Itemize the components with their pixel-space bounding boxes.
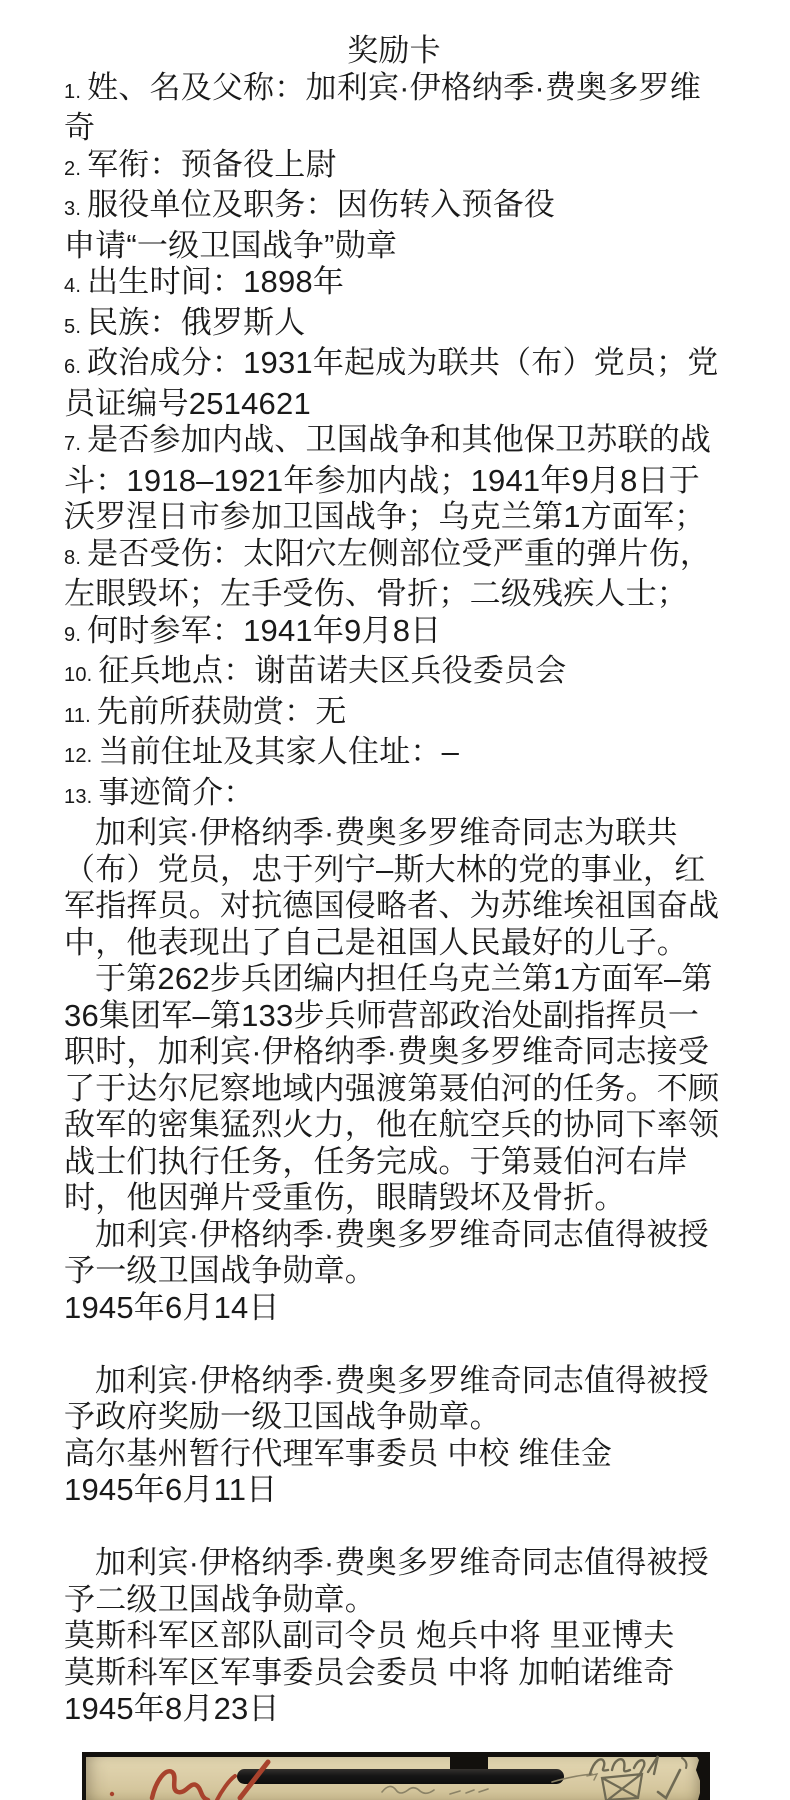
field-campaigns: 7.是否参加内战、卫国战争和其他保卫苏联的战斗：1918–1921年参加内战；1… (64, 422, 724, 536)
field-prior-awards: 11.先前所获勋赏：无 (64, 694, 724, 735)
field-enlist-place: 10.征兵地点：谢苗诺夫区兵役委员会 (64, 653, 724, 694)
field-wounds: 8.是否受伤：太阳穴左侧部位受严重的弹片伤，左眼毁坏；左手受伤、骨折；二级残疾人… (64, 536, 724, 613)
field-address: 12.当前住址及其家人住址：– (64, 734, 724, 775)
verdict-block-1: 加利宾·伊格纳季·费奥多罗维奇同志值得被授予一级卫国战争勋章。 1945年6月1… (64, 1217, 724, 1327)
field-text: 是否受伤：太阳穴左侧部位受严重的弹片伤，左眼毁坏；左手受伤、骨折；二级残疾人士； (64, 536, 711, 612)
verdict-block-3: 加利宾·伊格纳季·费奥多罗维奇同志值得被授予二级卫国战争勋章。 莫斯科军区部队副… (64, 1545, 724, 1728)
field-text: 军衔：预备役上尉 (87, 147, 337, 182)
field-party: 6.政治成分：1931年起成为联共（布）党员；党员证编号2514621 (64, 345, 724, 422)
field-citation-label: 13.事迹简介： (64, 775, 724, 816)
pencil-number-handwriting (590, 1756, 687, 1800)
story-paragraph: 于第262步兵团编内担任乌克兰第1方面军–第36集团军–第133步兵师营部政治处… (64, 961, 724, 1217)
field-text: 姓、名及父称：加利宾·伊格纳季·费奥多罗维奇 (64, 70, 701, 146)
signature-line: 莫斯科军区军事委员会委员 中将 加帕诺维奇 (64, 1655, 724, 1692)
red-ink-handwriting (110, 1762, 268, 1800)
verdict-paragraph: 加利宾·伊格纳季·费奥多罗维奇同志值得被授予二级卫国战争勋章。 (64, 1545, 724, 1618)
field-number: 1. (64, 81, 87, 103)
field-number: 11. (64, 705, 97, 727)
verdict-paragraph: 加利宾·伊格纳季·费奥多罗维奇同志值得被授予政府奖励一级卫国战争勋章。 (64, 1363, 724, 1436)
document-scan (82, 1752, 710, 1800)
field-number: 12. (64, 745, 98, 767)
field-number: 8. (64, 547, 87, 569)
field-text: 征兵地点：谢苗诺夫区兵役委员会 (98, 653, 566, 688)
field-number: 10. (64, 664, 98, 686)
field-text: 政治成分：1931年起成为联共（布）党员；党员证编号2514621 (64, 345, 718, 421)
field-name: 1.姓、名及父称：加利宾·伊格纳季·费奥多罗维奇 (64, 70, 724, 147)
field-number: 5. (64, 316, 87, 338)
signature-line: 高尔基州暂行代理军事委员 中校 维佳金 (64, 1436, 724, 1473)
field-text: 当前住址及其家人住址：– (98, 734, 459, 769)
faint-handwriting (382, 1774, 597, 1794)
field-number: 7. (64, 433, 87, 455)
field-text: 先前所获勋赏：无 (97, 694, 347, 729)
field-text: 何时参军：1941年9月8日 (87, 613, 441, 648)
field-text: 服役单位及职务：因伤转入预备役 申请“一级卫国战争”勋章 (64, 187, 555, 263)
signature-line: 莫斯科军区部队副司令员 炮兵中将 里亚博夫 (64, 1618, 724, 1655)
verdict-block-2: 加利宾·伊格纳季·费奥多罗维奇同志值得被授予政府奖励一级卫国战争勋章。 高尔基州… (64, 1363, 724, 1509)
date-line: 1945年8月23日 (64, 1691, 724, 1728)
field-unit: 3.服役单位及职务：因伤转入预备役 申请“一级卫国战争”勋章 (64, 187, 724, 264)
field-text: 事迹简介： (98, 775, 254, 810)
date-line: 1945年6月14日 (64, 1290, 724, 1327)
field-text: 出生时间：1898年 (87, 264, 344, 299)
field-number: 6. (64, 356, 87, 378)
field-enlist-date: 9.何时参军：1941年9月8日 (64, 613, 724, 654)
field-text: 是否参加内战、卫国战争和其他保卫苏联的战斗：1918–1921年参加内战；194… (64, 422, 711, 534)
field-number: 13. (64, 786, 98, 808)
field-number: 9. (64, 624, 87, 646)
field-number: 2. (64, 158, 87, 180)
verdict-paragraph: 加利宾·伊格纳季·费奥多罗维奇同志值得被授予一级卫国战争勋章。 (64, 1217, 724, 1290)
field-number: 4. (64, 275, 87, 297)
scan-right-edge (694, 1752, 710, 1800)
date-line: 1945年6月11日 (64, 1472, 724, 1509)
story-paragraph: 加利宾·伊格纳季·费奥多罗维奇同志为联共（布）党员，忠于列宁–斯大林的党的事业，… (64, 815, 724, 961)
page-title: 奖励卡 (64, 33, 724, 70)
field-ethnicity: 5.民族：俄罗斯人 (64, 305, 724, 346)
field-text: 民族：俄罗斯人 (87, 305, 305, 340)
field-rank: 2.军衔：预备役上尉 (64, 147, 724, 188)
scan-handwriting-layer (82, 1752, 710, 1800)
field-birth: 4.出生时间：1898年 (64, 264, 724, 305)
award-card-document: 奖励卡 1.姓、名及父称：加利宾·伊格纳季·费奥多罗维奇 2.军衔：预备役上尉 … (0, 0, 790, 1800)
field-number: 3. (64, 198, 87, 220)
